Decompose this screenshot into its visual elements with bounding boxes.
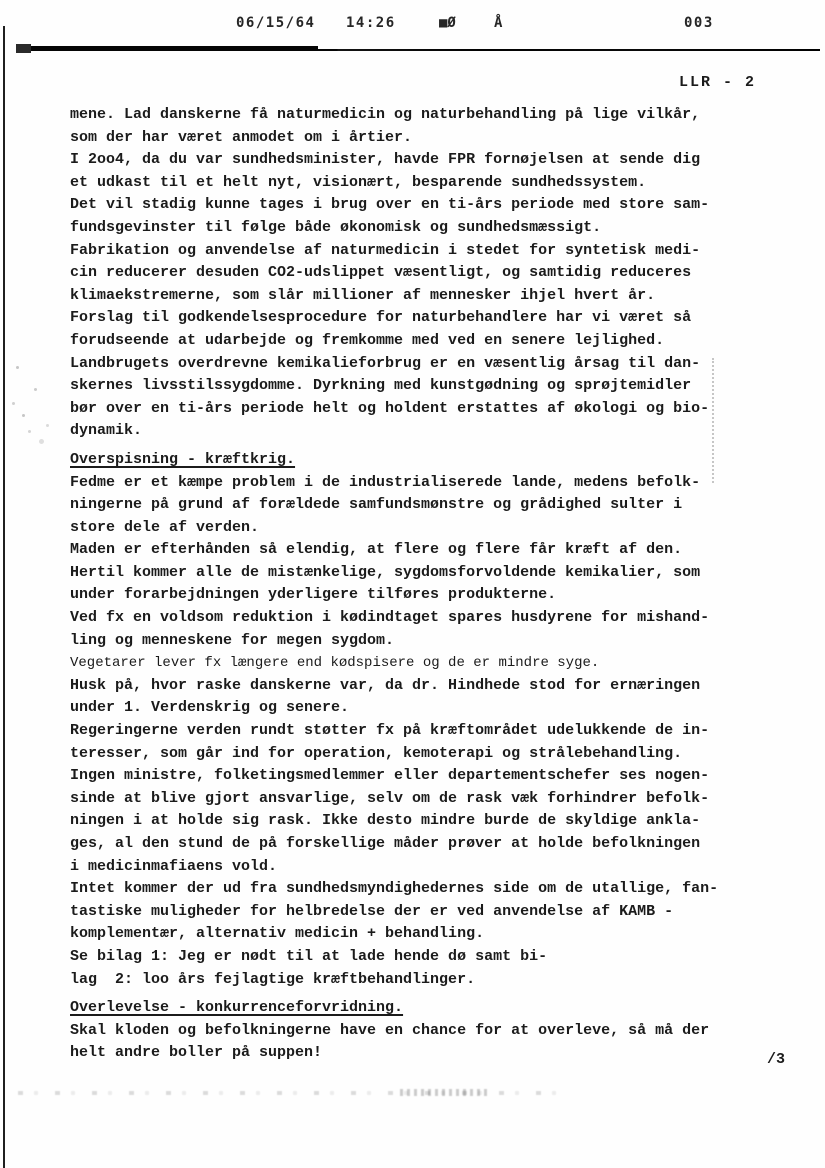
text-line: skernes livsstilssygdomme. Dyrkning med … (70, 375, 760, 398)
scan-artifact-dashes (712, 358, 714, 483)
text-line: cin reducerer desuden CO2-udslippet væse… (70, 262, 760, 285)
scan-specks (16, 366, 19, 369)
text-line: et udkast til et helt nyt, visionært, be… (70, 172, 760, 195)
text-line: Fabrikation og anvendelse af naturmedici… (70, 240, 760, 263)
page-number: /3 (767, 1051, 785, 1068)
text-line: Husk på, hvor raske danskerne var, da dr… (70, 675, 760, 698)
text-line: ningen i at holde sig rask. Ikke desto m… (70, 810, 760, 833)
text-line: Intet kommer der ud fra sundhedsmyndighe… (70, 878, 760, 901)
text-line: dynamik. (70, 420, 760, 443)
section-heading: Overlevelse - konkurrenceforvridning. (70, 997, 760, 1020)
text-line: Landbrugets overdrevne kemikalieforbrug … (70, 353, 760, 376)
text-line: store dele af verden. (70, 517, 760, 540)
text-line: I 2oo4, da du var sundhedsminister, havd… (70, 149, 760, 172)
text-line: Ingen ministre, folketingsmedlemmer elle… (70, 765, 760, 788)
text-line: under forarbejdningen yderligere tilføre… (70, 584, 760, 607)
text-line: bør over en ti-års periode helt og holde… (70, 398, 760, 421)
text-line: forudseende at udarbejde og fremkomme me… (70, 330, 760, 353)
text-line: som der har været anmodet om i årtier. (70, 127, 760, 150)
text-line: ningerne på grund af forældede samfundsm… (70, 494, 760, 517)
text-line: komplementær, alternativ medicin + behan… (70, 923, 760, 946)
text-line: teresser, som går ind for operation, kem… (70, 743, 760, 766)
text-line: tastiske muligheder for helbredelse der … (70, 901, 760, 924)
document-ref: LLR - 2 (679, 74, 756, 91)
text-line: Vegetarer lever fx længere end kødspiser… (70, 652, 760, 675)
scan-left-edge-line (3, 26, 5, 1168)
fax-date: 06/15/64 (236, 15, 315, 31)
text-line: klimaekstremerne, som slår millioner af … (70, 285, 760, 308)
fax-time: 14:26 (346, 15, 396, 31)
scan-horizontal-rule (16, 49, 820, 51)
fax-mode-icon: ■Ø (439, 15, 456, 31)
text-line: ges, al den stund de på forskellige måde… (70, 833, 760, 856)
text-line: Se bilag 1: Jeg er nødt til at lade hend… (70, 946, 760, 969)
text-line: sinde at blive gjort ansvarlige, selv om… (70, 788, 760, 811)
fax-page-counter: 003 (684, 15, 714, 31)
text-line: Det vil stadig kunne tages i brug over e… (70, 194, 760, 217)
text-line: Fedme er et kæmpe problem i de industria… (70, 472, 760, 495)
text-line: ling og menneskene for megen sygdom. (70, 630, 760, 653)
text-line: Ved fx en voldsom reduktion i kødindtage… (70, 607, 760, 630)
text-line: Hertil kommer alle de mistænkelige, sygd… (70, 562, 760, 585)
text-line: under 1. Verdenskrig og senere. (70, 697, 760, 720)
text-line: Maden er efterhånden så elendig, at fler… (70, 539, 760, 562)
text-line: fundsgevinster til følge både økonomisk … (70, 217, 760, 240)
fax-letter-mark: Å (494, 15, 504, 31)
section-heading: Overspisning - kræftkrig. (70, 449, 760, 472)
scanned-fax-page: 06/15/64 14:26 ■Ø Å 003 LLR - 2 mene. La… (0, 0, 825, 1168)
text-line: Skal kloden og befolkningerne have en ch… (70, 1020, 760, 1043)
text-line: mene. Lad danskerne få naturmedicin og n… (70, 104, 760, 127)
text-line: i medicinmafiaens vold. (70, 856, 760, 879)
document-body: mene. Lad danskerne få naturmedicin og n… (70, 104, 760, 1065)
text-line: Forslag til godkendelsesprocedure for na… (70, 307, 760, 330)
scan-noise-blot (400, 1089, 490, 1096)
text-line: Regeringerne verden rundt støtter fx på … (70, 720, 760, 743)
text-line: lag 2: loo års fejlagtige kræftbehandlin… (70, 969, 760, 992)
text-line: helt andre boller på suppen! (70, 1042, 760, 1065)
